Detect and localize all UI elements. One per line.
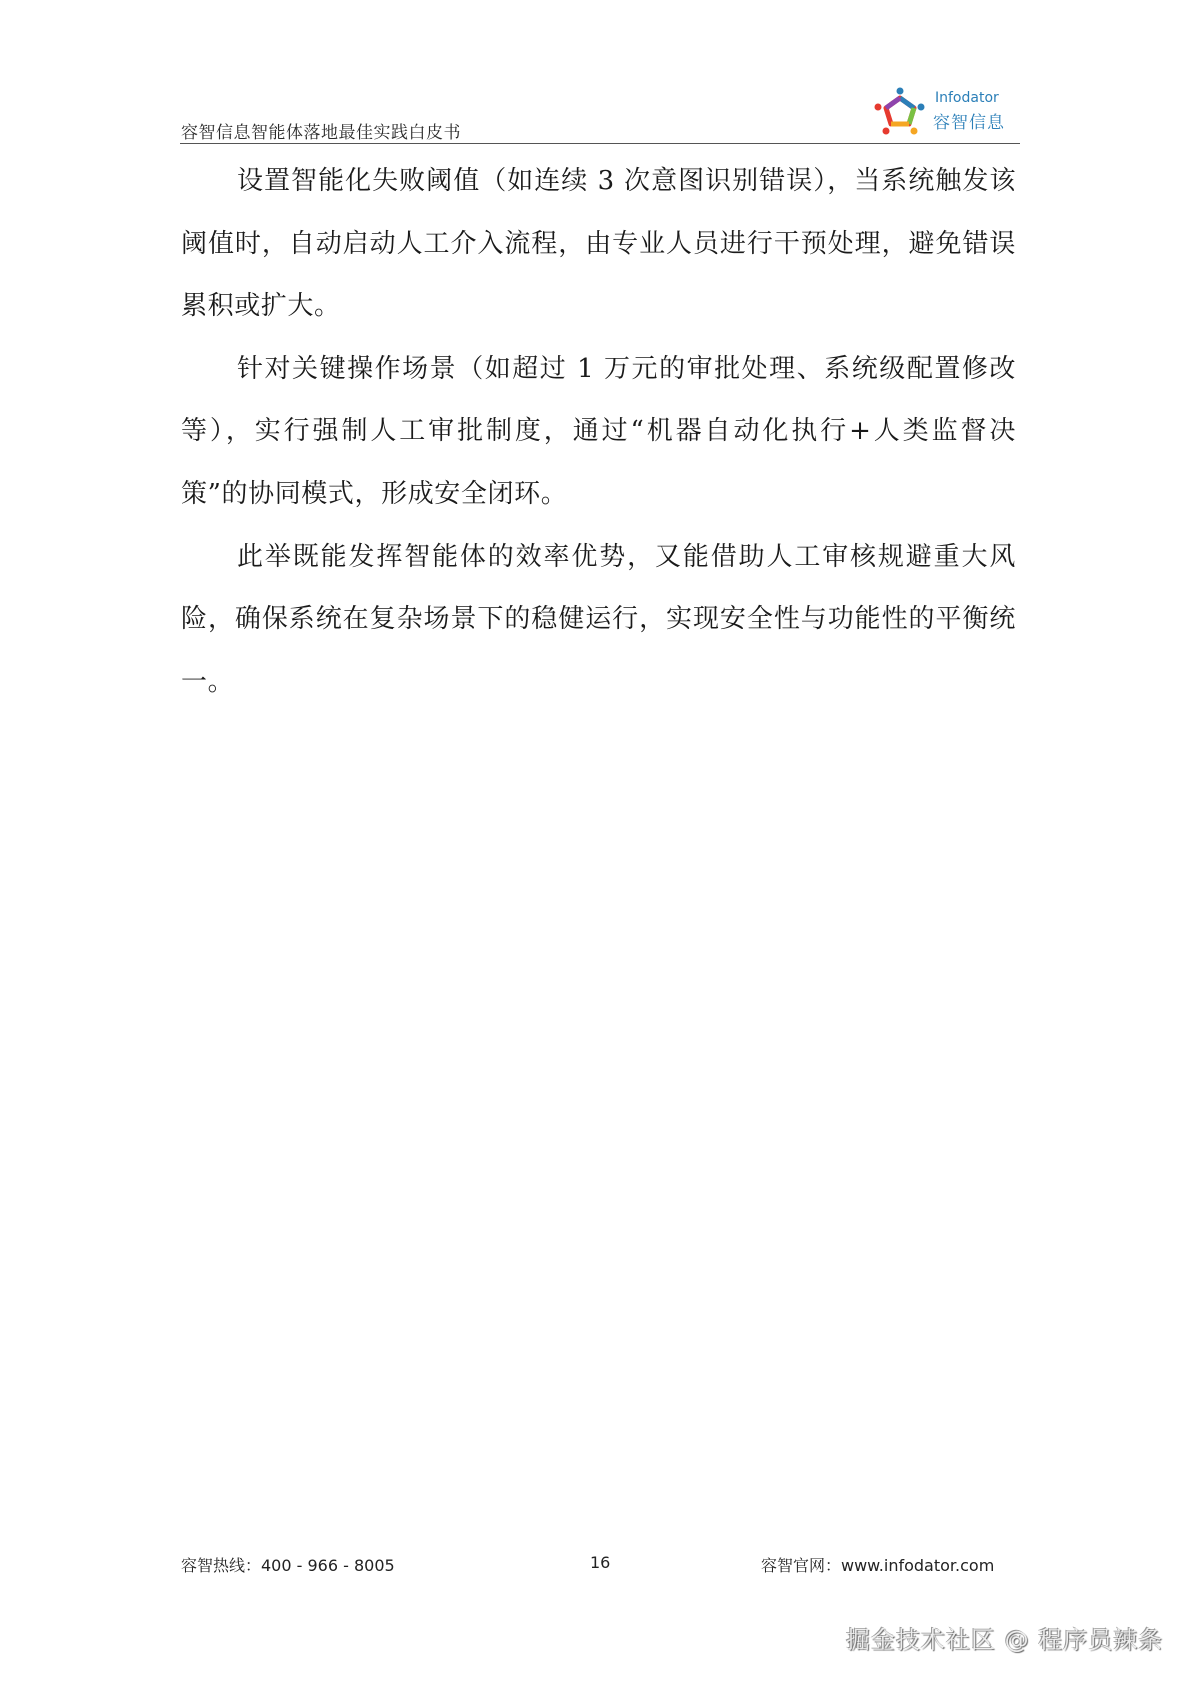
page-number: 16	[590, 1553, 610, 1572]
logo-name-cn: 容智信息	[933, 108, 1005, 133]
document-body: 设置智能化失败阈值（如连续 3 次意图识别错误），当系统触发该阈值时，自动启动人…	[181, 150, 1016, 713]
paragraph: 针对关键操作场景（如超过 1 万元的审批处理、系统级配置修改等），实行强制人工审…	[181, 338, 1016, 526]
footer-website: 容智官网：www.infodator.com	[761, 1553, 994, 1576]
page-header-title: 容智信息智能体落地最佳实践白皮书	[181, 118, 461, 143]
page-footer: 容智热线：400 - 966 - 8005 16 容智官网：www.infoda…	[181, 1553, 1011, 1577]
header-divider	[180, 143, 1020, 144]
logo-name-en: Infodator	[935, 90, 999, 106]
pentagon-people-logo-icon	[872, 86, 928, 136]
company-logo: Infodator 容智信息	[872, 86, 1012, 136]
footer-hotline: 容智热线：400 - 966 - 8005	[181, 1553, 395, 1576]
paragraph: 设置智能化失败阈值（如连续 3 次意图识别错误），当系统触发该阈值时，自动启动人…	[181, 150, 1016, 338]
paragraph: 此举既能发挥智能体的效率优势，又能借助人工审核规避重大风险，确保系统在复杂场景下…	[181, 526, 1016, 714]
watermark: 掘金技术社区 @ 程序员辣条	[846, 1620, 1163, 1655]
